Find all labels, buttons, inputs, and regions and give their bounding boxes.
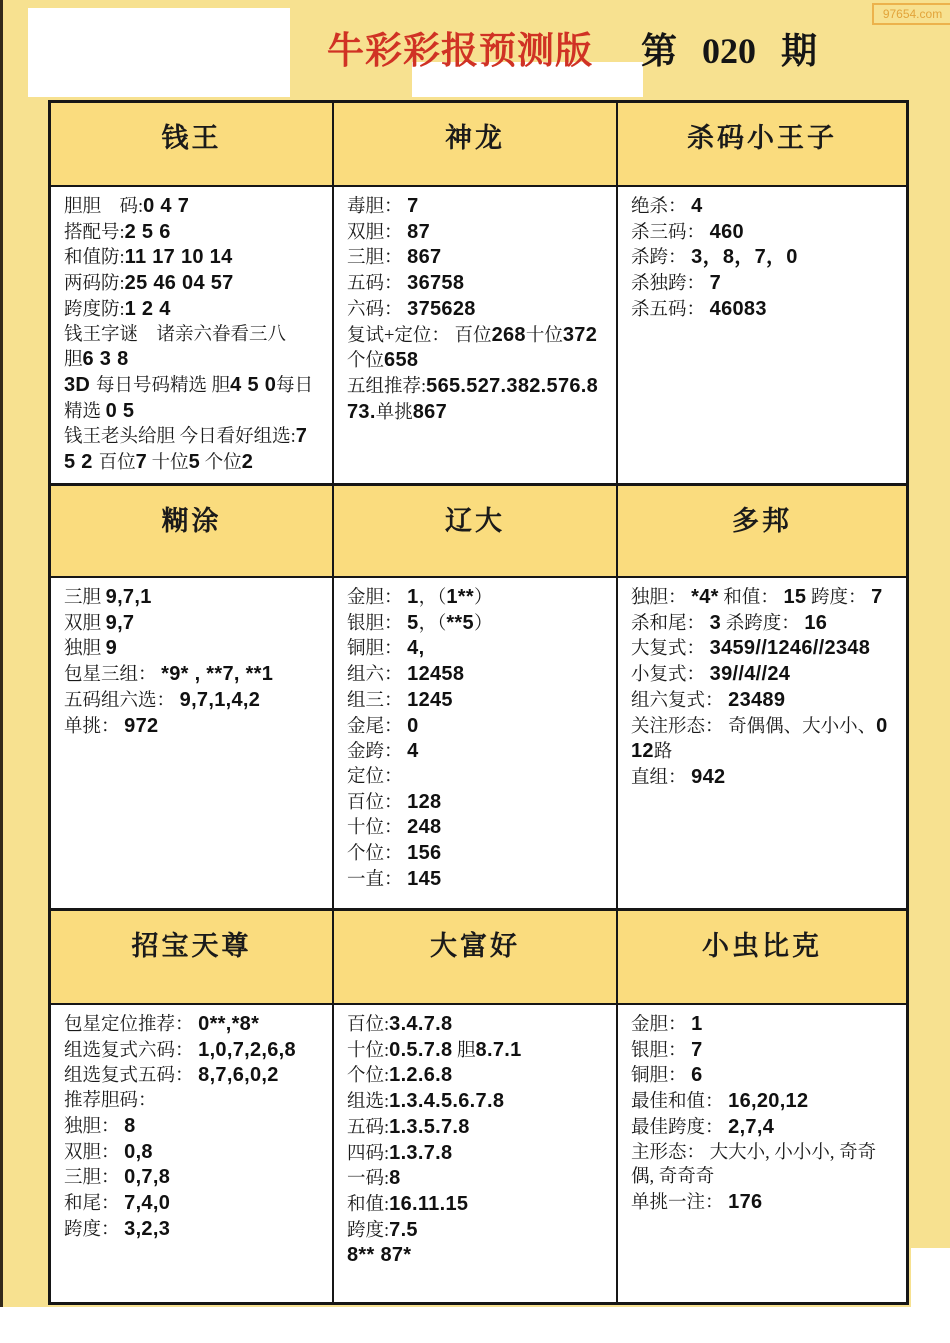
prediction-value: 1,0,7,2,6,8	[198, 1039, 296, 1061]
prediction-value: 0	[407, 715, 418, 737]
prediction-value: 972	[124, 715, 158, 737]
prediction-value: 460	[710, 221, 744, 243]
prediction-label: 每日号码精选 胆	[96, 376, 230, 396]
prediction-label: 跨度防:	[64, 300, 125, 320]
prediction-line: 五码组六选： 9,7,1,4,2	[64, 688, 321, 714]
left-edge-line	[0, 0, 3, 1307]
prediction-label: 包星三组：	[64, 665, 161, 685]
prediction-label: 跨度：	[806, 588, 871, 608]
prediction-line: 一直： 145	[347, 867, 605, 893]
prediction-line: 五码： 36758	[347, 271, 605, 297]
prediction-value: 3.4.7.8	[389, 1013, 452, 1035]
prediction-line: 直组： 942	[631, 765, 895, 791]
prediction-value: 6	[691, 1064, 702, 1086]
prediction-cell: 独胆： *4* 和值： 15 跨度： 7 杀和尾： 3 杀跨度： 16大复式： …	[618, 578, 906, 911]
predictor-title: 招宝天尊	[132, 931, 252, 961]
prediction-label: 绝杀：	[631, 197, 691, 217]
prediction-value: 1.3.4.5.6.7.8	[389, 1090, 504, 1112]
prediction-line: 三胆： 0,7,8	[64, 1165, 321, 1191]
prediction-label: 定位：	[347, 767, 403, 787]
prediction-line: 四码:1.3.7.8	[347, 1141, 605, 1167]
prediction-label: 和尾：	[64, 1194, 124, 1214]
prediction-label: 独胆：	[631, 588, 691, 608]
prediction-line: 胆胆 码:0 4 7	[64, 194, 321, 220]
prediction-label: 铜胆：	[631, 1066, 691, 1086]
lottery-report-page: 牛彩彩报预测版 第 020 期 97654.com 钱王神龙杀码小王子胆胆 码:…	[0, 0, 950, 1343]
prediction-value: 3D	[64, 374, 96, 396]
prediction-label: 组六：	[347, 665, 407, 685]
prediction-line: 银胆： 7	[631, 1038, 895, 1064]
prediction-line: 组六复式： 23489	[631, 688, 895, 714]
prediction-label: 杀跨：	[631, 248, 691, 268]
prediction-label: 四码:	[347, 1144, 389, 1164]
prediction-value: 9	[106, 637, 117, 659]
prediction-cell: 毒胆： 7双胆： 87三胆： 867五码： 36758六码： 375628复试+…	[334, 187, 618, 486]
prediction-label: 三胆：	[64, 1168, 124, 1188]
prediction-value: 1.3.5.7.8	[389, 1116, 470, 1138]
prediction-label: 独胆：	[64, 1117, 124, 1137]
predictor-header: 辽大	[334, 486, 618, 578]
prediction-label: 金跨：	[347, 742, 407, 762]
prediction-label: 和值：	[719, 588, 784, 608]
prediction-line: 8** 87*	[347, 1243, 605, 1269]
prediction-label: 五码：	[347, 274, 407, 294]
prediction-label: 主形态： 大大小, 小小小, 奇奇偶, 奇奇奇	[631, 1143, 876, 1188]
prediction-value: 9,7,1	[106, 586, 152, 608]
prediction-label: ，（	[419, 588, 447, 608]
prediction-value: 248	[407, 816, 441, 838]
prediction-value: 87	[407, 221, 430, 243]
prediction-line: 推荐胆码：	[64, 1089, 321, 1114]
title-issue-number: 第 020 期	[641, 23, 817, 74]
prediction-cell: 胆胆 码:0 4 7搭配号:2 5 6和值防:11 17 10 14两码防:25…	[51, 187, 334, 486]
prediction-value: 7	[710, 272, 721, 294]
prediction-cell: 三胆 9,7,1双胆 9,7独胆 9包星三组： *9* , **7, **1五码…	[51, 578, 334, 911]
prediction-label: 杀独跨：	[631, 274, 710, 294]
prediction-value: 3，8，7，0	[691, 246, 798, 268]
prediction-label: 组六复式：	[631, 691, 728, 711]
prediction-value: 7	[136, 451, 147, 473]
prediction-line: 单挑： 972	[64, 714, 321, 740]
predictor-title: 多邦	[732, 506, 792, 536]
prediction-label: 单挑：	[64, 717, 124, 737]
prediction-label: 杀跨度：	[721, 614, 804, 634]
prediction-label: 金胆：	[347, 588, 407, 608]
prediction-value: 46083	[710, 298, 767, 320]
prediction-label: 大复式：	[631, 639, 710, 659]
prediction-label: ，（	[419, 614, 447, 634]
prediction-value: 2,7,4	[728, 1116, 774, 1138]
prediction-line: 3D 每日号码精选 胆4 5 0每日精选 0 5	[64, 373, 321, 424]
prediction-line: 金尾： 0	[347, 714, 605, 740]
prediction-value: 8	[389, 1167, 400, 1189]
prediction-label: 搭配号:	[64, 223, 125, 243]
predictor-header: 糊涂	[51, 486, 334, 578]
prediction-label: 百位:	[347, 1015, 389, 1035]
prediction-line: 金胆： 1	[631, 1012, 895, 1038]
prediction-line: 一码:8	[347, 1166, 605, 1192]
prediction-value: 942	[691, 766, 725, 788]
prediction-line: 杀三码： 460	[631, 220, 895, 246]
prediction-label: 胆胆 码:	[64, 197, 143, 217]
prediction-value: 9,7,1,4,2	[180, 689, 261, 711]
prediction-value: 7.5	[389, 1219, 418, 1241]
prediction-label: 组选:	[347, 1092, 389, 1112]
title-main: 牛彩彩报预测版	[327, 20, 593, 74]
predictor-header: 钱王	[51, 103, 334, 187]
predictor-header: 招宝天尊	[51, 911, 334, 1005]
prediction-value: 3459//1246//2348	[710, 637, 871, 659]
prediction-label: ）	[474, 588, 493, 608]
prediction-line: 杀跨： 3，8，7，0	[631, 245, 895, 271]
prediction-value: 156	[407, 842, 441, 864]
prediction-value: 4,	[407, 637, 424, 659]
prediction-value: 23489	[728, 689, 785, 711]
bottom-margin	[0, 1307, 950, 1343]
prediction-value: 11 17 10 14	[125, 246, 233, 268]
prediction-line: 关注形态： 奇偶偶、大小小、012路	[631, 714, 895, 765]
prediction-label: 和值:	[347, 1195, 389, 1215]
prediction-line: 三胆： 867	[347, 245, 605, 271]
predictor-title: 糊涂	[162, 506, 222, 536]
prediction-value: 1	[691, 1013, 702, 1035]
predictor-header: 神龙	[334, 103, 618, 187]
prediction-line: 五组推荐:565.527.382.576.873.单挑867	[347, 374, 605, 425]
prediction-label: 十位	[147, 453, 189, 473]
prediction-label: 组选复式六码：	[64, 1041, 198, 1061]
prediction-line: 百位： 128	[347, 790, 605, 816]
prediction-line: 杀独跨： 7	[631, 271, 895, 297]
prediction-label: 个位	[200, 453, 242, 473]
prediction-value: 1	[407, 586, 418, 608]
prediction-value: 16,20,12	[728, 1090, 808, 1112]
prediction-value: 128	[407, 791, 441, 813]
prediction-label: 两码防:	[64, 274, 125, 294]
prediction-line: 大复式： 3459//1246//2348	[631, 636, 895, 662]
prediction-label: 和值防:	[64, 248, 125, 268]
prediction-line: 单挑一注： 176	[631, 1190, 895, 1216]
prediction-label: 金尾：	[347, 717, 407, 737]
prediction-value: 6 3 8	[83, 348, 129, 370]
predictor-header: 大富好	[334, 911, 618, 1005]
prediction-line: 双胆 9,7	[64, 611, 321, 637]
prediction-value: 658	[384, 349, 418, 371]
prediction-line: 铜胆： 4,	[347, 636, 605, 662]
prediction-value: 7	[407, 195, 418, 217]
prediction-value: 7	[691, 1039, 702, 1061]
prediction-value: 8,7,6,0,2	[198, 1064, 279, 1086]
prediction-value: 176	[728, 1191, 762, 1213]
prediction-value: 268	[492, 324, 526, 346]
prediction-label: 一直：	[347, 870, 407, 890]
prediction-value: 0 4 7	[143, 195, 189, 217]
prediction-line: 独胆： *4* 和值： 15 跨度： 7 杀和尾： 3 杀跨度： 16	[631, 585, 895, 636]
prediction-label: 单挑一注：	[631, 1193, 728, 1213]
prediction-line: 十位： 248	[347, 815, 605, 841]
prediction-label: 路	[654, 742, 673, 762]
prediction-table: 钱王神龙杀码小王子胆胆 码:0 4 7搭配号:2 5 6和值防:11 17 10…	[48, 100, 909, 1305]
prediction-label: 个位	[347, 351, 384, 371]
prediction-label: 单挑	[376, 403, 413, 423]
prediction-value: 867	[413, 401, 447, 423]
prediction-value: 0.5.7.8	[389, 1039, 452, 1061]
prediction-line: 定位：	[347, 765, 605, 790]
prediction-value: 8** 87*	[347, 1244, 411, 1266]
prediction-label: 杀三码：	[631, 223, 710, 243]
prediction-value: 4	[691, 195, 702, 217]
prediction-value: 0,7,8	[124, 1166, 170, 1188]
prediction-label: 个位:	[347, 1066, 389, 1086]
prediction-line: 搭配号:2 5 6	[64, 220, 321, 246]
prediction-label: 杀和尾：	[631, 614, 710, 634]
prediction-line: 跨度:7.5	[347, 1218, 605, 1244]
prediction-line: 银胆： 5，（**5）	[347, 611, 605, 637]
prediction-label: 组选复式五码：	[64, 1066, 198, 1086]
prediction-label: 关注形态： 奇偶偶、大小小、	[631, 717, 876, 737]
prediction-value: *9* , **7, **1	[161, 663, 273, 685]
prediction-line: 百位:3.4.7.8	[347, 1012, 605, 1038]
prediction-label: 铜胆：	[347, 639, 407, 659]
prediction-label: 银胆：	[631, 1041, 691, 1061]
prediction-label: 双胆：	[347, 223, 407, 243]
prediction-cell: 包星定位推荐： 0**,*8*组选复式六码： 1,0,7,2,6,8组选复式五码…	[51, 1005, 334, 1302]
prediction-line: 个位： 156	[347, 841, 605, 867]
prediction-value: 7	[871, 586, 882, 608]
prediction-value: 5	[407, 612, 418, 634]
prediction-label: 双胆：	[64, 1143, 124, 1163]
prediction-line: 主形态： 大大小, 小小小, 奇奇偶, 奇奇奇	[631, 1141, 895, 1190]
prediction-value: 16	[804, 612, 827, 634]
prediction-value: 2	[242, 451, 253, 473]
prediction-value: 25 46 04 57	[125, 272, 234, 294]
prediction-value: 8	[124, 1115, 135, 1137]
prediction-label: 五码组六选：	[64, 691, 180, 711]
prediction-label: 独胆	[64, 639, 106, 659]
prediction-value: 15	[784, 586, 807, 608]
predictor-title: 大富好	[430, 931, 520, 961]
watermark-url: 97654.com	[872, 3, 950, 25]
predictor-title: 神龙	[445, 123, 505, 153]
predictor-title: 杀码小王子	[687, 123, 837, 153]
prediction-line: 独胆： 8	[64, 1114, 321, 1140]
prediction-line: 跨度防:1 2 4	[64, 297, 321, 323]
prediction-line: 组选:1.3.4.5.6.7.8	[347, 1089, 605, 1115]
prediction-value: 5	[189, 451, 200, 473]
prediction-value: 1**	[446, 586, 474, 608]
prediction-label: 毒胆：	[347, 197, 407, 217]
prediction-value: 867	[407, 246, 441, 268]
predictor-header: 小虫比克	[618, 911, 906, 1005]
prediction-label: 杀五码：	[631, 300, 710, 320]
page-title: 牛彩彩报预测版 第 020 期	[327, 20, 817, 74]
prediction-label: 十位:	[347, 1041, 389, 1061]
predictor-title: 小虫比克	[702, 931, 822, 961]
prediction-cell: 百位:3.4.7.8十位:0.5.7.8 胆8.7.1个位:1.2.6.8组选:…	[334, 1005, 618, 1302]
predictor-header: 杀码小王子	[618, 103, 906, 187]
prediction-label: 三胆	[64, 588, 106, 608]
prediction-line: 组六： 12458	[347, 662, 605, 688]
prediction-line: 杀五码： 46083	[631, 297, 895, 323]
prediction-value: 145	[407, 868, 441, 890]
prediction-value: 16.11.15	[389, 1193, 468, 1215]
prediction-line: 钱王老头给胆 今日看好组选:7 5 2 百位7 十位5 个位2	[64, 424, 321, 475]
prediction-value: **5	[446, 612, 474, 634]
prediction-label: 包星定位推荐：	[64, 1015, 198, 1035]
prediction-value: 2 5 6	[125, 221, 171, 243]
prediction-label: 跨度:	[347, 1221, 389, 1241]
predictor-title: 辽大	[445, 506, 505, 536]
prediction-line: 两码防:25 46 04 57	[64, 271, 321, 297]
prediction-value: 0,8	[124, 1141, 153, 1163]
prediction-line: 毒胆： 7	[347, 194, 605, 220]
prediction-line: 复试+定位： 百位268十位372个位658	[347, 323, 605, 374]
prediction-value: 0 5	[106, 400, 135, 422]
prediction-cell: 金胆： 1，（1**）银胆： 5，（**5）铜胆： 4,组六： 12458组三：…	[334, 578, 618, 911]
prediction-value: *4*	[691, 586, 719, 608]
prediction-label: 最佳跨度：	[631, 1118, 728, 1138]
prediction-line: 钱王字谜 诸亲六眷看三八 胆6 3 8	[64, 323, 321, 373]
masked-area-top-left	[28, 8, 290, 97]
prediction-line: 最佳跨度： 2,7,4	[631, 1115, 895, 1141]
prediction-line: 组选复式六码： 1,0,7,2,6,8	[64, 1038, 321, 1064]
prediction-label: 百位	[99, 453, 136, 473]
prediction-label: 钱王老头给胆 今日看好组选:	[64, 427, 296, 447]
prediction-line: 金跨： 4	[347, 739, 605, 765]
prediction-value: 12458	[407, 663, 464, 685]
prediction-line: 跨度： 3,2,3	[64, 1217, 321, 1243]
prediction-value: 372	[563, 324, 597, 346]
prediction-line: 六码： 375628	[347, 297, 605, 323]
prediction-line: 五码:1.3.5.7.8	[347, 1115, 605, 1141]
prediction-value: 1.3.7.8	[389, 1142, 452, 1164]
prediction-cell: 绝杀： 4杀三码： 460杀跨： 3，8，7，0杀独跨： 7杀五码： 46083	[618, 187, 906, 486]
prediction-value: 3	[710, 612, 721, 634]
prediction-line: 和尾： 7,4,0	[64, 1191, 321, 1217]
masked-area-bottom-right	[911, 1248, 950, 1308]
prediction-line: 铜胆： 6	[631, 1063, 895, 1089]
prediction-label: 三胆：	[347, 248, 407, 268]
prediction-label: ）	[474, 614, 493, 634]
prediction-label: 胆	[452, 1041, 475, 1061]
prediction-line: 包星三组： *9* , **7, **1	[64, 662, 321, 688]
predictor-title: 钱王	[162, 123, 222, 153]
prediction-value: 1245	[407, 689, 453, 711]
prediction-line: 组三： 1245	[347, 688, 605, 714]
prediction-label: 跨度：	[64, 1220, 124, 1240]
prediction-label: 个位：	[347, 844, 407, 864]
prediction-line: 和值:16.11.15	[347, 1192, 605, 1218]
prediction-line: 个位:1.2.6.8	[347, 1063, 605, 1089]
prediction-value: 4 5 0	[230, 374, 276, 396]
prediction-value: 1.2.6.8	[389, 1064, 452, 1086]
prediction-label: 推荐胆码：	[64, 1091, 157, 1111]
prediction-line: 绝杀： 4	[631, 194, 895, 220]
prediction-label: 五组推荐:	[347, 377, 426, 397]
prediction-label: 复试+定位： 百位	[347, 326, 492, 346]
prediction-label: 双胆	[64, 614, 106, 634]
prediction-line: 双胆： 0,8	[64, 1140, 321, 1166]
prediction-line: 组选复式五码： 8,7,6,0,2	[64, 1063, 321, 1089]
prediction-label: 十位	[526, 326, 563, 346]
prediction-value: 1 2 4	[125, 298, 171, 320]
prediction-value: 375628	[407, 298, 476, 320]
prediction-line: 小复式： 39//4//24	[631, 662, 895, 688]
prediction-line: 和值防:11 17 10 14	[64, 245, 321, 271]
prediction-label: 最佳和值：	[631, 1092, 728, 1112]
predictor-header: 多邦	[618, 486, 906, 578]
prediction-line: 十位:0.5.7.8 胆8.7.1	[347, 1038, 605, 1064]
prediction-label: 百位：	[347, 793, 407, 813]
prediction-value: 3,2,3	[124, 1218, 170, 1240]
prediction-line: 最佳和值： 16,20,12	[631, 1089, 895, 1115]
prediction-value: 36758	[407, 272, 464, 294]
prediction-value: 9,7	[106, 612, 135, 634]
prediction-label: 十位：	[347, 818, 407, 838]
prediction-label: 小复式：	[631, 665, 710, 685]
prediction-value: 0**,*8*	[198, 1013, 259, 1035]
prediction-label: 银胆：	[347, 614, 407, 634]
prediction-value: 8.7.1	[476, 1039, 522, 1061]
prediction-line: 三胆 9,7,1	[64, 585, 321, 611]
prediction-label: 组三：	[347, 691, 407, 711]
prediction-value: 7,4,0	[124, 1192, 170, 1214]
prediction-cell: 金胆： 1银胆： 7铜胆： 6最佳和值： 16,20,12最佳跨度： 2,7,4…	[618, 1005, 906, 1302]
prediction-label: 金胆：	[631, 1015, 691, 1035]
prediction-label: 五码:	[347, 1118, 389, 1138]
prediction-label: 一码:	[347, 1169, 389, 1189]
prediction-line: 双胆： 87	[347, 220, 605, 246]
prediction-label: 六码：	[347, 300, 407, 320]
prediction-line: 金胆： 1，（1**）	[347, 585, 605, 611]
prediction-line: 独胆 9	[64, 636, 321, 662]
prediction-line: 包星定位推荐： 0**,*8*	[64, 1012, 321, 1038]
prediction-value: 4	[407, 740, 418, 762]
prediction-value: 39//4//24	[710, 663, 791, 685]
prediction-label: 直组：	[631, 768, 691, 788]
